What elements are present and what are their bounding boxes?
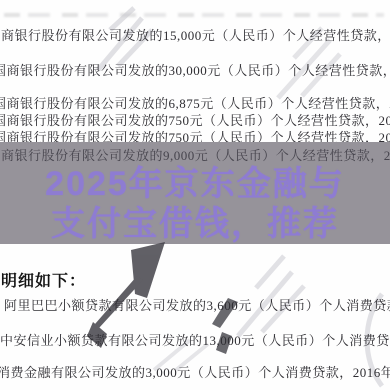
loan-record-line: 国商银行股份有限公司发放的30,000元（人民币）个人经营性贷款，2016年12… xyxy=(0,60,390,79)
watermark-strokes-mid-right-icon xyxy=(232,242,312,342)
clipped-text-row xyxy=(4,13,384,17)
credit-report-page: 商银行股份有限公司发放的15,000元（人民币）个人经营性贷款，2017年1月1… xyxy=(0,0,390,390)
loan-record-line: 商银行股份有限公司发放的15,000元（人民币）个人经营性贷款，2017年1月1… xyxy=(1,25,390,44)
detail-heading: 明细如下： xyxy=(1,268,86,291)
loan-record-line: 消费金融有限公司发放的3,000元（人民币）个人消费贷款，2016年12月已结清 xyxy=(0,362,390,381)
loan-record-line: 中安信业小额贷款有限公司发放的13,000元（人民币）个人消费贷款，2018年5… xyxy=(0,330,390,349)
loan-record-line: 阿里巴巴小额贷款有限公司发放的3,600元（人民币）个人消费贷款，2017年5月 xyxy=(4,295,390,314)
promo-title-line2: 支付宝借钱，推荐 xyxy=(0,196,390,245)
